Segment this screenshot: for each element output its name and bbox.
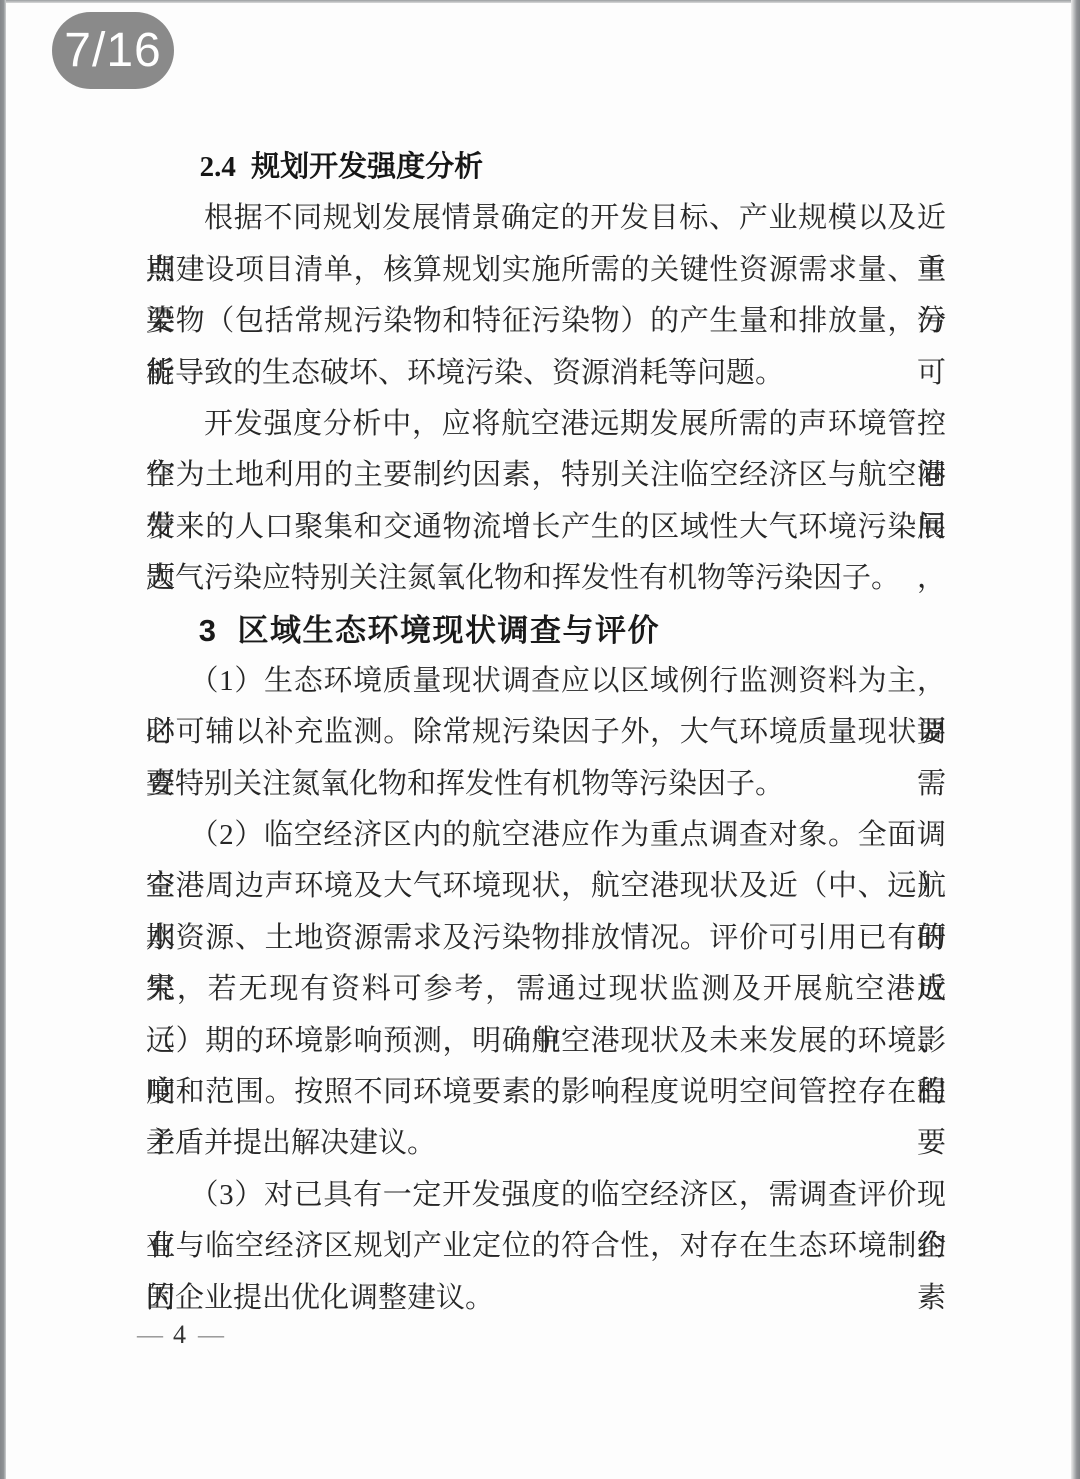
document-text-line: 远）期的环境影响预测，明确航空港现状及未来发展的环境影响程 — [146, 1016, 946, 1067]
document-page[interactable]: 2.4 规划开发强度分析根据不同规划发展情景确定的开发目标、产业规模以及近期重点… — [6, 3, 1071, 1479]
document-text-line: 空港周边声环境及大气环境现状，航空港现状及近（中、远）期的 — [146, 861, 946, 912]
document-text-line: 业与临空经济区规划产业定位的符合性，对存在生态环境制约因素 — [146, 1221, 946, 1272]
document-text-line: 点建设项目清单，核算规划实施所需的关键性资源需求量、主要污 — [146, 245, 946, 296]
document-text-line: 作为土地利用的主要制约因素，特别关注临空经济区与航空港发展 — [146, 450, 946, 501]
document-text-line: （3）对已具有一定开发强度的临空经济区，需调查评价现有企 — [146, 1170, 946, 1221]
document-text: 2.4 规划开发强度分析根据不同规划发展情景确定的开发目标、产业规模以及近期重点… — [146, 142, 946, 1324]
document-viewer-screen: 7/16 2.4 规划开发强度分析根据不同规划发展情景确定的开发目标、产业规模以… — [0, 0, 1080, 1479]
footer-page-number: 4 — [173, 1320, 186, 1350]
page-number-footer: — 4 — — [137, 1320, 222, 1350]
document-text-line: （2）临空经济区内的航空港应作为重点调查对象。全面调查航 — [146, 810, 946, 861]
document-text-line: 时可辅以补充监测。除常规污染因子外，大气环境质量现状调查需 — [146, 707, 946, 758]
document-text-line: 根据不同规划发展情景确定的开发目标、产业规模以及近期重 — [146, 193, 946, 244]
document-text-line: （1）生态环境质量现状调查应以区域例行监测资料为主，必要 — [146, 656, 946, 707]
footer-dash-right: — — [198, 1320, 222, 1350]
document-text-line: 染物（包括常规污染物和特征污染物）的产生量和排放量，分析可 — [146, 296, 946, 347]
document-text-line: 度和范围。按照不同环境要素的影响程度说明空间管控存在的主要 — [146, 1067, 946, 1118]
document-text-line: 开发强度分析中，应将航空港远期发展所需的声环境管控空间 — [146, 399, 946, 450]
document-text-line: 水资源、土地资源需求及污染物排放情况。评价可引用已有研究成 — [146, 913, 946, 964]
document-heading: 2.4 规划开发强度分析 — [146, 142, 946, 193]
footer-dash-left: — — [137, 1320, 161, 1350]
document-text-line: 果，若无现有资料可参考，需通过现状监测及开展航空港近（中、 — [146, 964, 946, 1015]
document-text-line: 大气污染应特别关注氮氧化物和挥发性有机物等污染因子。 — [146, 553, 946, 604]
scan-edge-right — [1071, 0, 1080, 1479]
document-text-line: 带来的人口聚集和交通物流增长产生的区域性大气环境污染问题， — [146, 502, 946, 553]
document-heading: 3 区域生态环境现状调查与评价 — [146, 605, 946, 656]
